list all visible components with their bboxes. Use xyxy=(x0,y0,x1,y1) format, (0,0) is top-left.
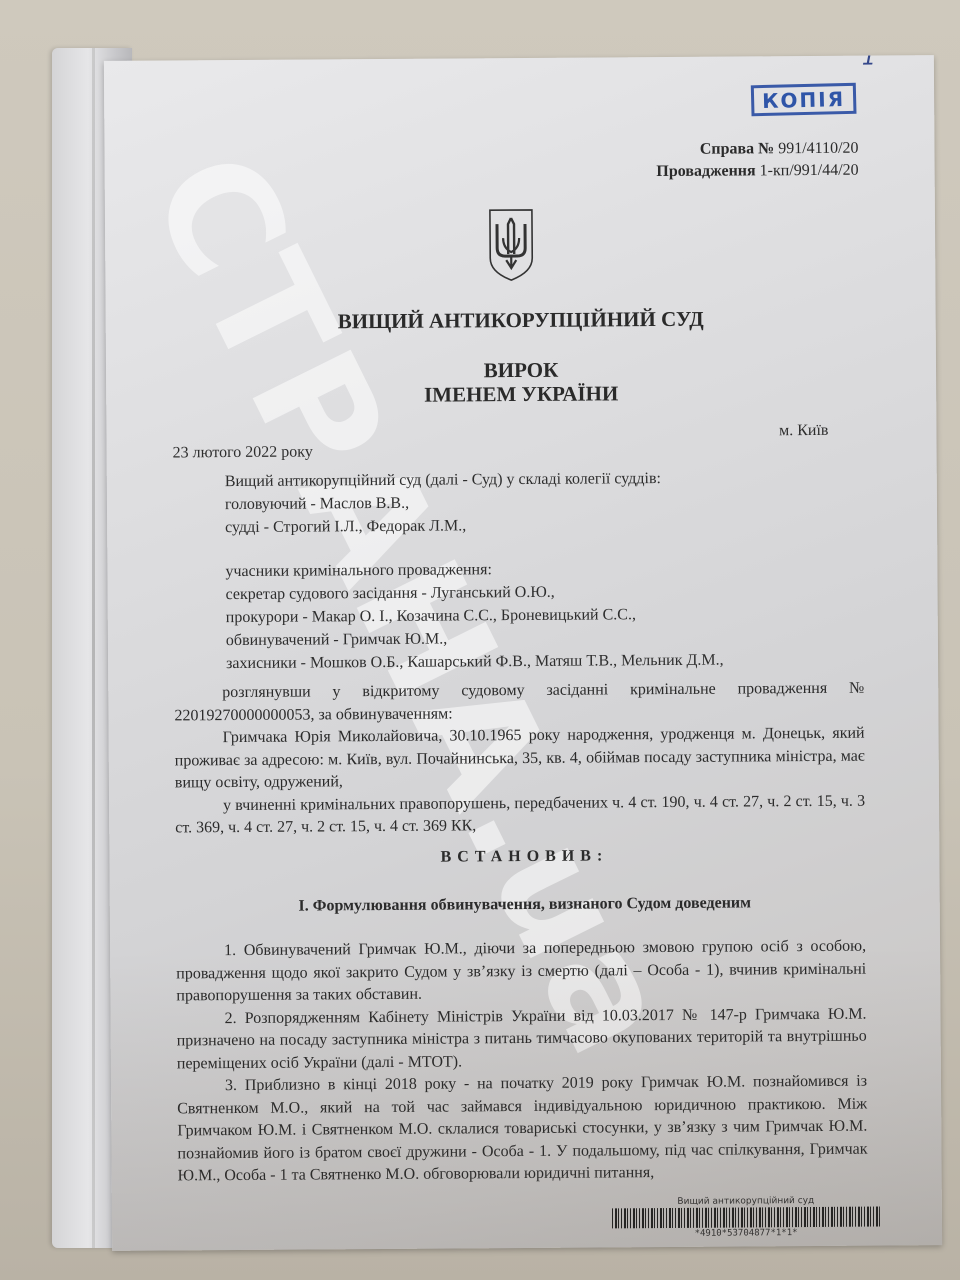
date: 23 лютого 2022 року xyxy=(173,443,313,462)
trident-icon xyxy=(487,208,536,282)
participants-line: учасники кримінального провадження: xyxy=(225,557,723,583)
intro-charges: у вчиненні кримінальних правопорушень, п… xyxy=(175,790,865,840)
judges-panel: Вищий антикорупційний суд (далі - Суд) у… xyxy=(225,467,662,539)
participants-line: захисники - Мошков О.Б., Кашарський Ф.В.… xyxy=(226,649,724,675)
court-name: ВИЩИЙ АНТИКОРУПЦІЙНИЙ СУД xyxy=(106,305,936,336)
paragraph: 3. Приблизно в кінці 2018 року - на поча… xyxy=(177,1071,868,1188)
participants-list: учасники кримінального провадження: секр… xyxy=(225,557,723,675)
panel-line: головуючий - Маслов В.В., xyxy=(225,490,661,516)
case-number-line: Справа № 991/4110/20 xyxy=(656,138,858,161)
case-label: Справа № xyxy=(700,140,775,158)
proceeding-label: Провадження xyxy=(656,162,755,180)
intro: розглянувши у відкритому судовому засіда… xyxy=(174,678,865,840)
document-page: СТРАНА.ua 1 КОПІЯ Справа № 991/4110/20 П… xyxy=(104,55,942,1251)
barcode-caption: Вищий антикорупційний суд xyxy=(612,1196,880,1208)
page-number: 1 xyxy=(862,55,876,71)
participants-line: прокурори - Макар О. І., Козачина С.С., … xyxy=(226,603,724,629)
barcode-number: *4910*53704877*1*1* xyxy=(612,1228,880,1240)
verdict-heading: ВИРОК ІМЕНЕМ УКРАЇНИ xyxy=(106,355,936,409)
intro-accused: Гримчака Юрія Миколайовича, 30.10.1965 р… xyxy=(175,723,865,795)
barcode-icon xyxy=(612,1207,880,1229)
proceeding-number: 1-кп/991/44/20 xyxy=(760,162,859,180)
established-heading: ВСТАНОВИВ: xyxy=(109,845,939,869)
participants-line: секретар судового засідання - Луганський… xyxy=(226,580,724,606)
case-number: 991/4110/20 xyxy=(778,140,858,158)
panel-line: Вищий антикорупційний суд (далі - Суд) у… xyxy=(225,467,661,493)
verdict-subtitle: ІМЕНЕМ УКРАЇНИ xyxy=(106,379,936,409)
proceeding-number-line: Провадження 1-кп/991/44/20 xyxy=(656,160,858,183)
barcode-block: Вищий антикорупційний суд *4910*53704877… xyxy=(612,1196,880,1240)
intro-considered: розглянувши у відкритому судовому засіда… xyxy=(174,678,864,728)
case-info: Справа № 991/4110/20 Провадження 1-кп/99… xyxy=(656,138,859,183)
paragraphs: 1. Обвинувачений Гримчак Ю.М., діючи за … xyxy=(176,936,868,1188)
paragraph: 2. Розпорядженням Кабінету Міністрів Укр… xyxy=(176,1003,866,1075)
section-title: І. Формулювання обвинувачення, визнаного… xyxy=(110,893,940,917)
panel-line: судді - Строгий І.Л., Федорак Л.М., xyxy=(225,513,661,539)
paragraph: 1. Обвинувачений Гримчак Ю.М., діючи за … xyxy=(176,936,866,1008)
participants-line: обвинувачений - Гримчак Ю.М., xyxy=(226,626,724,652)
copy-stamp: КОПІЯ xyxy=(751,83,857,117)
city: м. Київ xyxy=(779,422,828,440)
